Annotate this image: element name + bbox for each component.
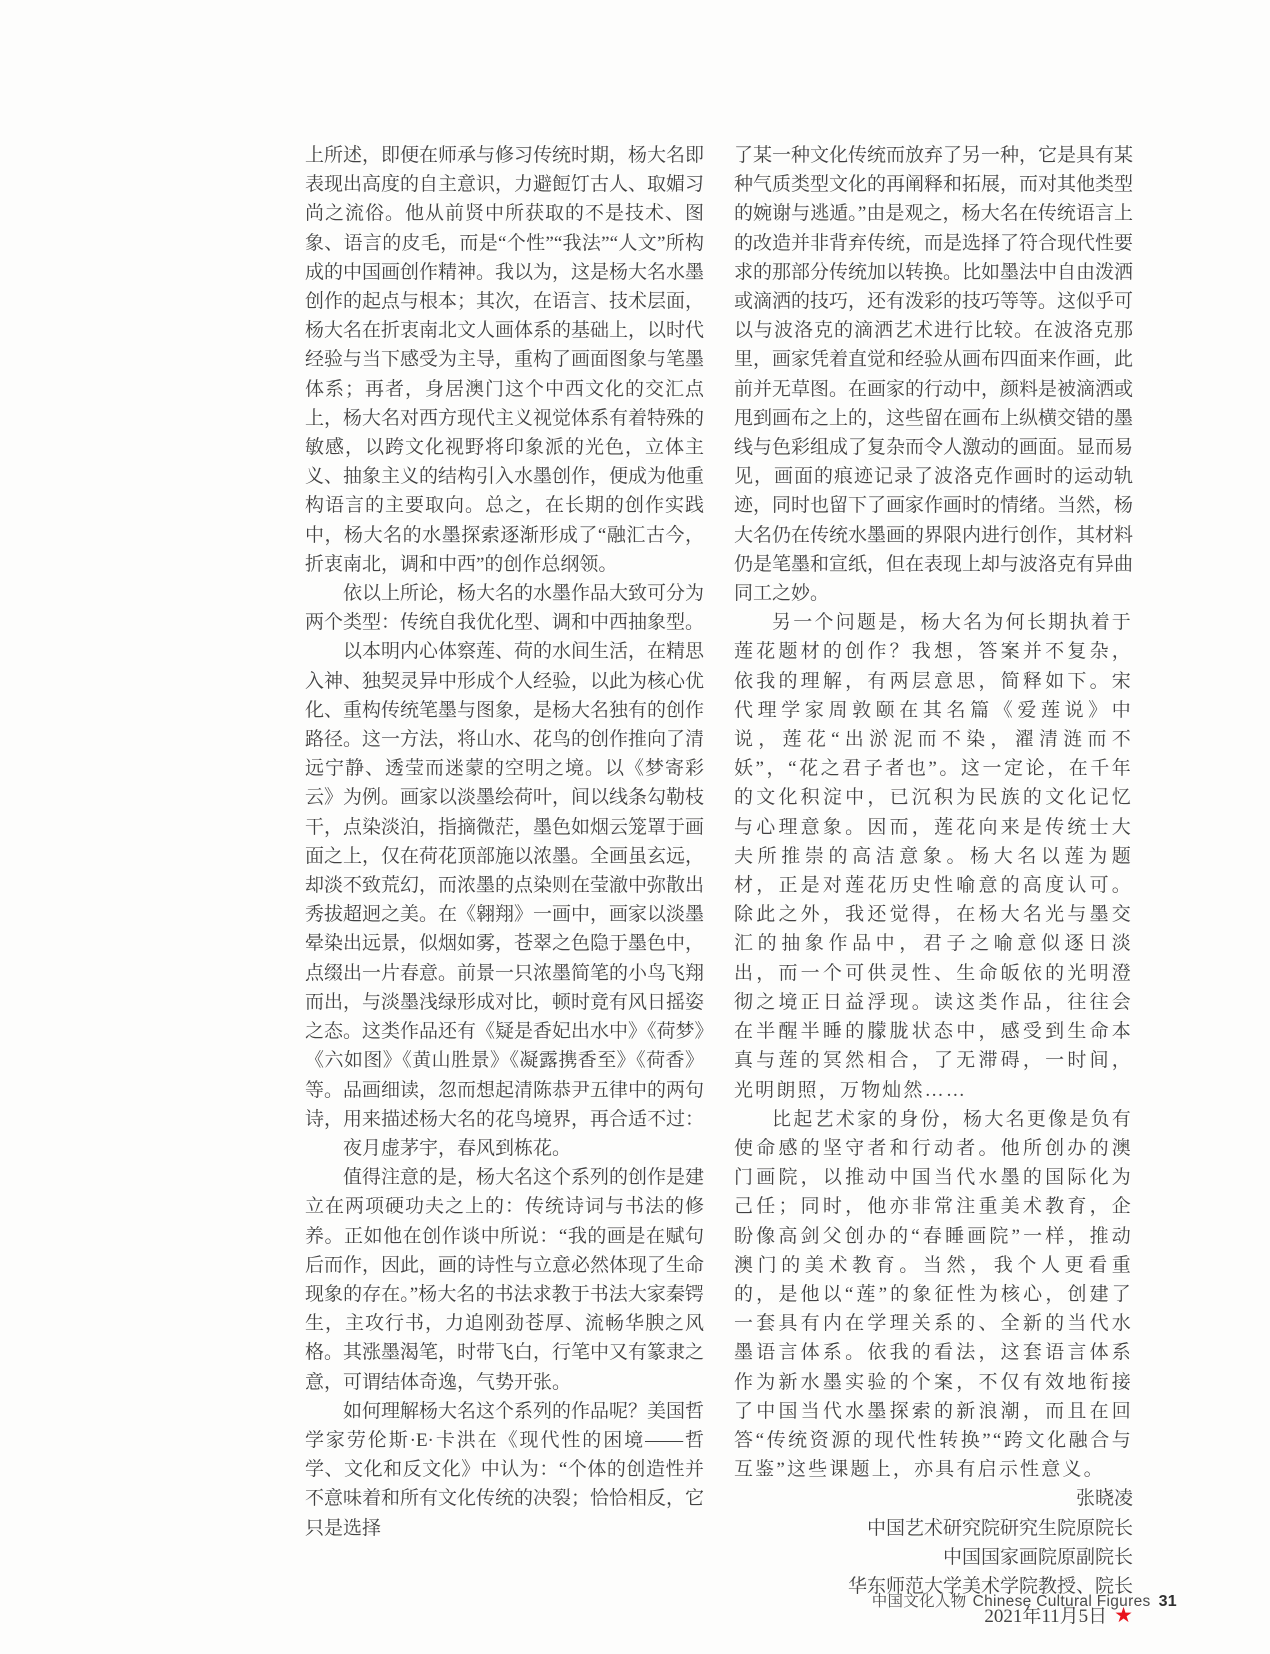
magazine-title-en: Chinese Cultural Figures: [973, 1593, 1151, 1610]
author-title: 中国艺术研究院研究生院原院长: [734, 1514, 1133, 1543]
right-text-column: 了某一种文化传统而放弃了另一种，它是具有某种气质类型文化的再阐释和拓展，而对其他…: [734, 141, 1133, 1631]
author-name: 张晓凌: [734, 1484, 1133, 1513]
page-footer: 中国文化人物Chinese Cultural Figures31: [872, 1589, 1177, 1611]
paragraph: 比起艺术家的身份，杨大名更像是负有使命感的坚守者和行动者。他所创办的澳门画院，以…: [734, 1105, 1133, 1485]
paragraph: 以本明内心体察莲、荷的水间生活，在精思入神、独契灵异中形成个人经验，以此为核心优…: [305, 637, 704, 1133]
magazine-page: 上所述，即便在师承与修习传统时期，杨大名即表现出高度的自主意识，力避餖饤古人、取…: [0, 0, 1270, 1654]
paragraph: 值得注意的是，杨大名这个系列的创作是建立在两项硬功夫之上的：传统诗词与书法的修养…: [305, 1163, 704, 1397]
article-body: 上所述，即便在师承与修习传统时期，杨大名即表现出高度的自主意识，力避餖饤古人、取…: [305, 141, 1133, 1631]
paragraph-continuation: 上所述，即便在师承与修习传统时期，杨大名即表现出高度的自主意识，力避餖饤古人、取…: [305, 141, 704, 579]
paragraph: 如何理解杨大名这个系列的作品呢？美国哲学家劳伦斯·E·卡洪在《现代性的困境——哲…: [305, 1397, 704, 1543]
paragraph-continuation: 了某一种文化传统而放弃了另一种，它是具有某种气质类型文化的再阐释和拓展，而对其他…: [734, 141, 1133, 608]
magazine-title-zh: 中国文化人物: [872, 1593, 967, 1610]
author-title: 中国国家画院原副院长: [734, 1543, 1133, 1572]
page-number: 31: [1159, 1593, 1177, 1610]
left-text-column: 上所述，即便在师承与修习传统时期，杨大名即表现出高度的自主意识，力避餖饤古人、取…: [305, 141, 704, 1631]
poem-line: 夜月虚茅宇，春风到栋花。: [305, 1134, 704, 1163]
paragraph: 另一个问题是，杨大名为何长期执着于莲花题材的创作？我想，答案并不复杂，依我的理解…: [734, 608, 1133, 1104]
paragraph: 依以上所论，杨大名的水墨作品大致可分为两个类型：传统自我优化型、调和中西抽象型。: [305, 579, 704, 637]
